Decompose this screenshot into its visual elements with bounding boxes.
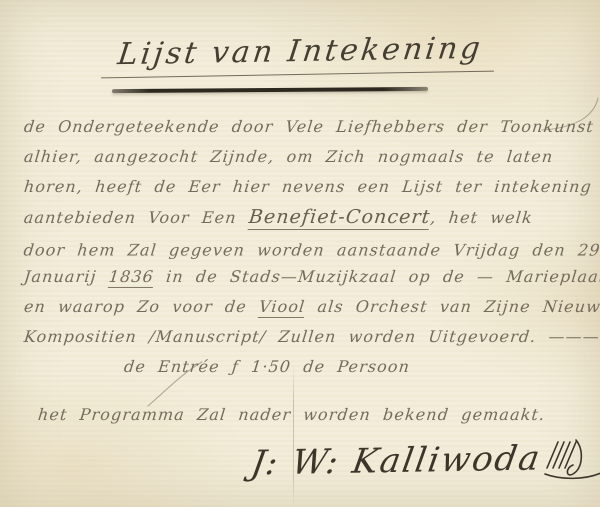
line-segment: de Ondergeteekende door Vele Liefhebbers… xyxy=(23,117,595,136)
line-segment: in de Stads—Muzijkzaal op de — Marieplaa… xyxy=(153,267,600,286)
document-line: en waarop Zo voor de Viool als Orchest v… xyxy=(22,292,587,322)
line-segment: alhier, aangezocht Zijnde, om Zich nogma… xyxy=(23,147,554,166)
underlined-phrase: 1836 xyxy=(108,267,155,288)
line-segment: , het welk xyxy=(429,208,533,227)
scanned-document-page: Lijst van Intekening de Ondergeteekende … xyxy=(0,0,600,507)
document-title: Lijst van Intekening xyxy=(101,31,499,79)
document-line: de Ondergeteekende door Vele Liefhebbers… xyxy=(22,112,587,142)
paper-fold-crease xyxy=(293,362,294,507)
line-segment: Kompositien /Manuscript/ Zullen worden U… xyxy=(23,327,600,346)
line-segment: Januarij xyxy=(23,267,110,286)
underlined-phrase: Viool xyxy=(258,297,306,318)
line-segment: door hem Zal gegeven worden aanstaande V… xyxy=(23,240,600,259)
underlined-phrase: Benefiet-Concert xyxy=(248,206,432,230)
document-line: horen, heeft de Eer hier nevens een Lijs… xyxy=(22,172,587,202)
document-body: de Ondergeteekende door Vele Liefhebbers… xyxy=(24,112,586,430)
line-segment: als Orchest van Zijne Nieuwste xyxy=(304,297,600,316)
signature-block: J: W: Kalliwoda xyxy=(252,438,600,484)
document-line: aantebieden Voor Een Benefiet-Concert, h… xyxy=(22,202,587,232)
document-title-wrap: Lijst van Intekening xyxy=(0,34,600,75)
pencil-stroke-mark xyxy=(140,358,210,410)
ink-curl-flourish xyxy=(536,96,600,136)
document-line: alhier, aangezocht Zijnde, om Zich nogma… xyxy=(22,142,587,172)
document-line: Januarij 1836 in de Stads—Muzijkzaal op … xyxy=(22,262,587,292)
document-line: door hem Zal gegeven worden aanstaande V… xyxy=(22,232,587,262)
signature-flourish-paraph-icon xyxy=(543,438,600,484)
line-segment: en waarop Zo voor de xyxy=(23,297,260,316)
title-underline-rule xyxy=(112,87,428,93)
document-line: het Programma Zal nader worden bekend ge… xyxy=(36,400,587,430)
document-line: Kompositien /Manuscript/ Zullen worden U… xyxy=(22,322,587,352)
line-segment: aantebieden Voor Een xyxy=(23,208,250,227)
line-segment: het Programma Zal nader worden bekend ge… xyxy=(37,405,546,424)
line-segment: horen, heeft de Eer hier nevens een Lijs… xyxy=(23,177,593,196)
